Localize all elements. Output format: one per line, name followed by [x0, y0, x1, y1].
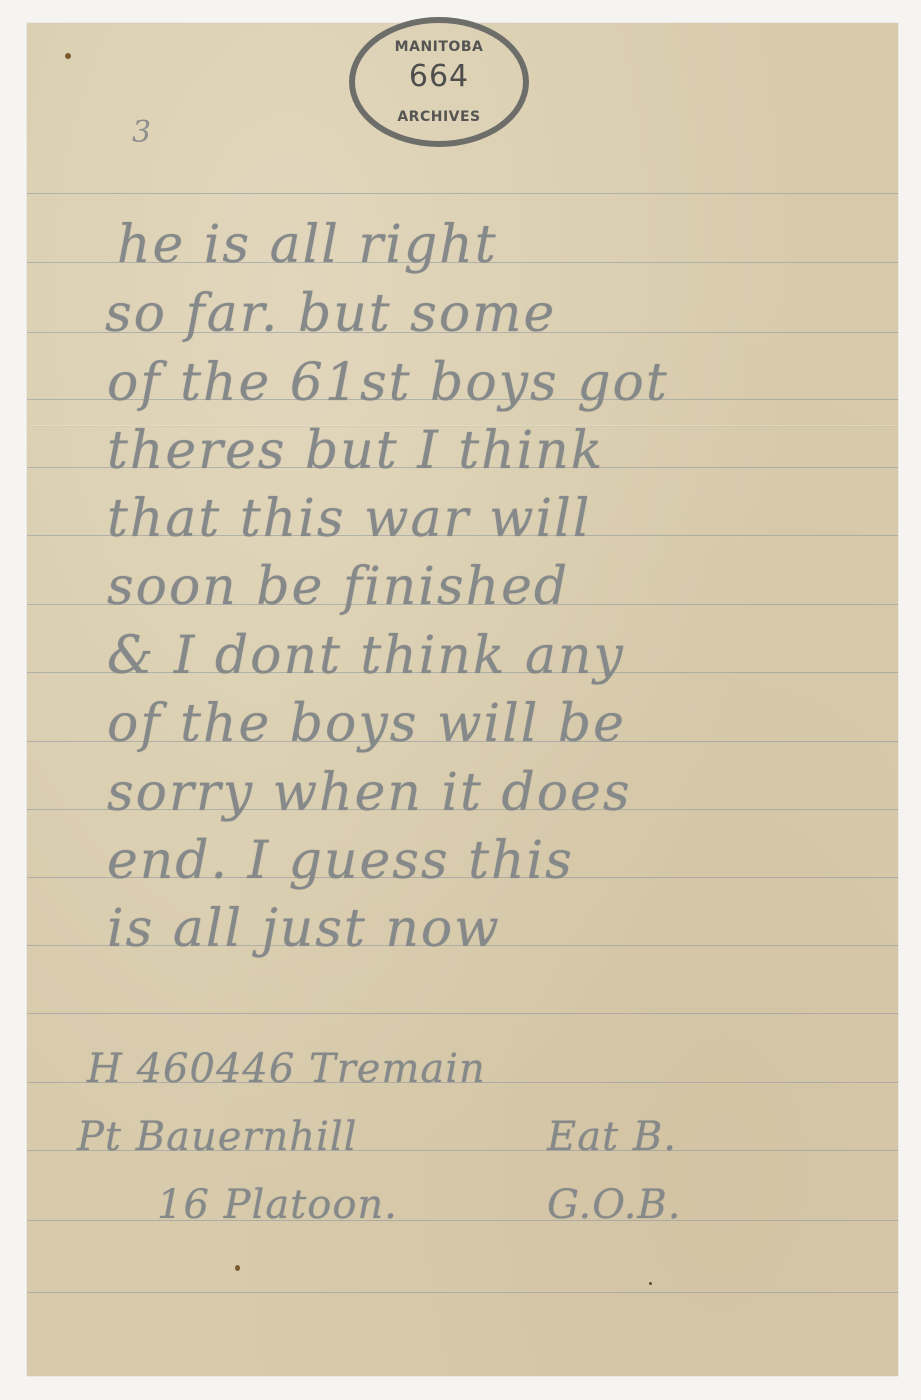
stamp-top-text: MANITOBA [355, 39, 523, 55]
page-number: 3 [132, 115, 151, 150]
paper-speck [649, 1282, 652, 1285]
paper-speck [65, 53, 71, 59]
archive-stamp: MANITOBA 664 ARCHIVES [349, 17, 529, 147]
paper-speck [235, 1265, 240, 1271]
body-line: of the boys will be [107, 698, 626, 750]
signature-platoon: 16 Platoon. [157, 1185, 398, 1225]
body-line: & I dont think any [107, 630, 625, 682]
body-line: end. I guess this [107, 835, 574, 887]
body-line: so far. but some [105, 288, 556, 340]
body-line: of the 61st boys got [107, 357, 669, 409]
body-line: that this war will [107, 493, 591, 545]
letter-page: 3 MANITOBA 664 ARCHIVES he is all right … [27, 23, 898, 1376]
body-line: is all just now [107, 903, 501, 955]
body-line: soon be finished [107, 561, 569, 613]
stamp-bottom-text: ARCHIVES [355, 109, 523, 125]
stamp-number: 664 [355, 59, 523, 94]
body-line: theres but I think [107, 425, 604, 477]
signature-unit: Eat B. [547, 1117, 677, 1157]
signature-rank: Pt Bauernhill [77, 1117, 357, 1157]
body-line: sorry when it does [107, 767, 632, 819]
ruled-line [27, 1292, 898, 1293]
ruled-line [27, 1013, 898, 1014]
ruled-line [27, 193, 898, 194]
signature-battalion: G.O.B. [547, 1185, 682, 1225]
signature-name: H 460446 Tremain [87, 1049, 486, 1089]
body-line: he is all right [117, 219, 498, 271]
